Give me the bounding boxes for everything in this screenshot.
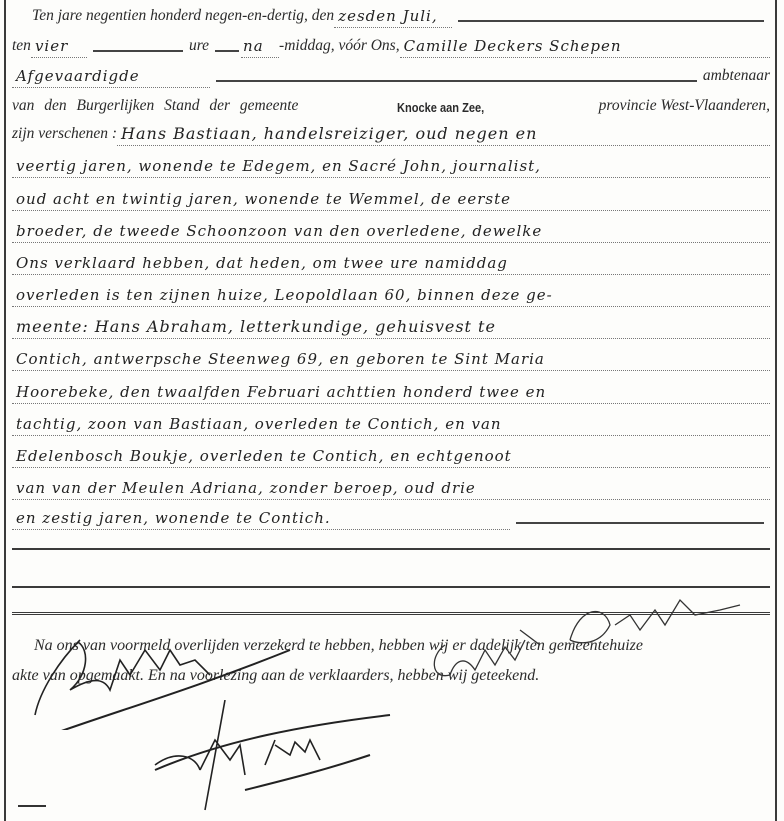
handwritten-text: oud acht en twintig jaren, wonende te We…: [12, 190, 770, 211]
form-line-municipality: van den Burgerlijken Stand der gemeente …: [12, 92, 770, 118]
handwritten-date: zesden Juli,: [334, 7, 452, 28]
handwritten-text: tachtig, zoon van Bastiaan, overleden te…: [12, 415, 770, 436]
handwritten-text: broeder, de tweede Schoonzoon van den ov…: [12, 222, 770, 243]
handwritten-period: na: [241, 37, 279, 58]
fill-line: [516, 522, 764, 524]
handwritten-text: Hans Bastiaan, handelsreiziger, oud nege…: [117, 124, 770, 146]
handwritten-line: Ons verklaard hebben, dat heden, om twee…: [12, 249, 770, 275]
fill-line: [93, 50, 183, 52]
handwritten-line: tachtig, zoon van Bastiaan, overleden te…: [12, 410, 770, 436]
handwritten-text: meente: Hans Abraham, letterkundige, geh…: [12, 317, 770, 339]
form-line-declarants: zijn verschenen : Hans Bastiaan, handels…: [12, 120, 770, 146]
blank-rule: [12, 548, 770, 550]
form-line-time: ten vier ure na -middag, vóór Ons, Camil…: [12, 32, 770, 58]
handwritten-title: Afgevaardigde: [12, 67, 210, 88]
handwritten-line: veertig jaren, wonende te Edegem, en Sac…: [12, 152, 770, 178]
handwritten-text: veertig jaren, wonende te Edegem, en Sac…: [12, 157, 770, 178]
handwritten-text: van van der Meulen Adriana, zonder beroe…: [12, 479, 770, 500]
handwritten-text: en zestig jaren, wonende te Contich.: [12, 509, 510, 530]
handwritten-line-last: en zestig jaren, wonende te Contich.: [12, 504, 770, 530]
printed-text: provincie West-Vlaanderen,: [599, 97, 770, 118]
handwritten-line: broeder, de tweede Schoonzoon van den ov…: [12, 217, 770, 243]
handwritten-text: Contich, antwerpsche Steenweg 69, en geb…: [12, 350, 770, 371]
fill-line: [216, 80, 697, 82]
printed-text: ure: [189, 37, 209, 58]
printed-text: zijn verschenen :: [12, 125, 117, 146]
handwritten-officer: Camille Deckers Schepen: [400, 37, 770, 58]
signature-2: [145, 700, 395, 820]
handwritten-line: Edelenbosch Boukje, overleden te Contich…: [12, 442, 770, 468]
handwritten-text: overleden is ten zijnen huize, Leopoldla…: [12, 286, 770, 307]
fill-line: [215, 50, 239, 52]
fill-line: [458, 20, 764, 22]
printed-text: van den Burgerlijken Stand der gemeente: [12, 97, 298, 118]
handwritten-line: Hoorebeke, den twaalfden Februari achtti…: [12, 378, 770, 404]
handwritten-text: Hoorebeke, den twaalfden Februari achtti…: [12, 383, 770, 404]
handwritten-line: oud acht en twintig jaren, wonende te We…: [12, 185, 770, 211]
form-line-date: Ten jare negentien honderd negen-en-dert…: [12, 2, 770, 28]
handwritten-text: Edelenbosch Boukje, overleden te Contich…: [12, 447, 770, 468]
handwritten-line: meente: Hans Abraham, letterkundige, geh…: [12, 313, 770, 339]
footer-dash: [18, 805, 46, 807]
printed-text: ambtenaar: [703, 67, 770, 88]
signature-3: [420, 585, 760, 695]
page-border-right: [775, 0, 777, 821]
handwritten-hour: vier: [31, 37, 87, 58]
page-border-left: [4, 0, 6, 821]
form-line-officer-title: Afgevaardigde ambtenaar: [12, 62, 770, 88]
municipality-name: Knocke aan Zee,: [397, 100, 484, 118]
handwritten-line: van van der Meulen Adriana, zonder beroe…: [12, 474, 770, 500]
handwritten-text: Ons verklaard hebben, dat heden, om twee…: [12, 254, 770, 275]
printed-text: -middag, vóór Ons,: [279, 37, 400, 58]
handwritten-line: overleden is ten zijnen huize, Leopoldla…: [12, 281, 770, 307]
handwritten-line: Contich, antwerpsche Steenweg 69, en geb…: [12, 345, 770, 371]
printed-text: ten: [12, 37, 31, 58]
printed-text: Ten jare negentien honderd negen-en-dert…: [32, 7, 334, 28]
